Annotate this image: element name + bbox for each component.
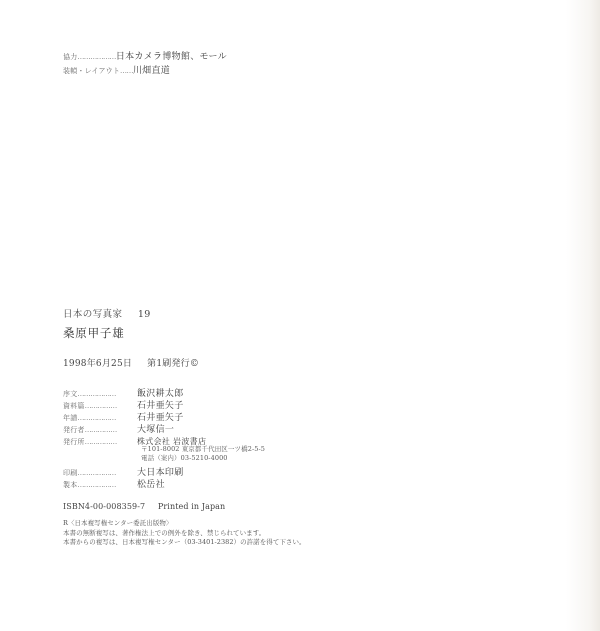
colophon-page: 協力 ……………… 日本カメラ博物館、モール 装幀・レイアウト …… 川畑直道 … — [0, 0, 600, 631]
series-name: 日本の写真家 — [63, 309, 122, 320]
credit-value: 大塚信一 — [137, 424, 174, 436]
notice-line: 本書の無断複写は、著作権法上での例外を除き、禁じられています。 — [63, 529, 306, 539]
series-number: 19 — [138, 309, 151, 320]
credit-label: 製本 — [63, 481, 77, 489]
credit-label: 装幀・レイアウト — [63, 64, 120, 78]
isbn-block: ISBN4-00-008359-7 Printed in Japan — [63, 502, 225, 511]
credit-value: 川畑直道 — [133, 64, 170, 78]
notice-line: 本書からの複写は、日本複写権センター（03-3401-2382）の許諾を得て下さ… — [63, 538, 306, 548]
credit-label: 協力 — [63, 50, 77, 64]
staff-credits: 序文……………… 飯沢耕太郎 資料篇…………… 石井亜矢子 年譜……………… 石… — [63, 385, 265, 488]
credit-value: 大日本印刷 — [137, 467, 184, 479]
credit-value: 石井亜矢子 — [137, 412, 184, 424]
credit-value: 石井亜矢子 — [137, 400, 184, 412]
credit-row-printing: 印刷……………… 大日本印刷 — [63, 464, 265, 476]
credit-value: 飯沢耕太郎 — [137, 388, 184, 400]
publication-date: 1998年6月25日 — [63, 359, 132, 369]
isbn-code: ISBN4-00-008359-7 — [63, 502, 145, 511]
publication-line: 1998年6月25日 第1刷発行© — [63, 356, 199, 369]
isbn-line: ISBN4-00-008359-7 Printed in Japan — [63, 502, 225, 511]
leader-dots: ……………… — [77, 481, 115, 489]
series-line: 日本の写真家 19 — [63, 308, 199, 322]
copyright-notice: R〈日本複写権センター委託出版物〉 本書の無断複写は、著作権法上での例外を除き、… — [63, 519, 306, 548]
credit-row-preface: 序文……………… 飯沢耕太郎 — [63, 385, 265, 397]
credit-row-design: 装幀・レイアウト …… 川畑直道 — [63, 64, 227, 78]
book-title: 桑原甲子雄 — [63, 324, 199, 342]
notice-line: R〈日本複写権センター委託出版物〉 — [63, 519, 306, 529]
credit-label: 発行所 — [63, 438, 85, 446]
phone-number: 電話（案内）03-5210-4000 — [63, 454, 265, 463]
credit-row-cooperation: 協力 ……………… 日本カメラ博物館、モール — [63, 50, 227, 64]
leader-dots: …………… — [85, 438, 117, 446]
credit-value: 日本カメラ博物館、モール — [116, 50, 227, 64]
series-block: 日本の写真家 19 桑原甲子雄 1998年6月25日 第1刷発行© — [63, 308, 199, 369]
leader-dots: ……………… — [77, 50, 115, 64]
printed-in-label: Printed in Japan — [158, 502, 225, 511]
top-credits: 協力 ……………… 日本カメラ博物館、モール 装幀・レイアウト …… 川畑直道 — [63, 50, 227, 78]
credit-value: 松岳社 — [137, 479, 165, 491]
edition-label: 第1刷発行© — [147, 359, 199, 369]
leader-dots: …… — [120, 64, 133, 78]
